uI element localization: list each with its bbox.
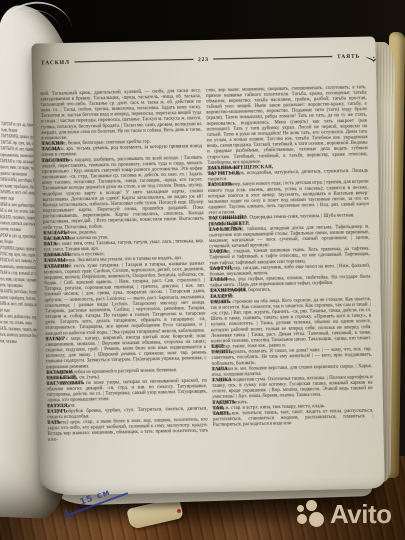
avito-logo-icon (296, 500, 325, 529)
dictionary-page: ТАСКИЛ 223 ТАЯТЬ ной. Таскальный крюк, д… (31, 36, 384, 495)
page-content: ТАСКИЛ 223 ТАЯТЬ ной. Таскальный крюк, д… (40, 53, 375, 476)
dictionary-entry: ТАУСЕНЬ. Васильев вечер, канун нового го… (208, 178, 369, 215)
dictionary-entry: ТАЯТЬ, таивать, юж. топиться; таешь, тае… (213, 407, 374, 427)
book-product-photo: ТАРТАР м. грч. ад, преисподняя, кромешна… (0, 0, 405, 540)
header-word-left: ТАСКИЛ (41, 59, 70, 66)
dictionary-entry: ство, вор ныне: мошенник; своровать, смо… (206, 84, 368, 165)
dictionary-entry: ной. Таскальный крюк, дрягильский, кулев… (40, 87, 202, 141)
header-rule (74, 59, 193, 62)
red-mark (177, 509, 181, 513)
dictionary-column-right: ство, вор ныне: мошенник; своровать, смо… (206, 84, 375, 473)
dictionary-column-left: ной. Таскальный крюк, дрягильский, кулев… (40, 87, 209, 476)
dictionary-entry: ТАСОВАТЬ карты, мешать наудачу, разбиват… (42, 154, 204, 230)
dictionary-entry: ТАТЬ м. (таить) церк. стар., а ныне боле… (47, 416, 208, 442)
header-rule (213, 56, 332, 59)
avito-watermark: Avito (296, 499, 392, 530)
header-word-right: ТАЯТЬ (337, 53, 360, 60)
dictionary-entry: ТАЧАТЬ что, шить строчкою на оба лица. К… (210, 296, 371, 344)
dictionary-entry: ТАТАУР м. стар. с млрс. катаур, широкий,… (45, 333, 206, 370)
page-header: ТАСКИЛ 223 ТАЯТЬ (41, 53, 365, 66)
dictionary-entry: ТАТАРИН м. Незваный гость хуже татарина.… (44, 260, 206, 336)
page-number: 223 (198, 56, 209, 62)
watermark-label: Avito (330, 499, 392, 530)
dictionary-columns: ной. Таскальный крюк, дрягильский, кулев… (40, 84, 374, 476)
